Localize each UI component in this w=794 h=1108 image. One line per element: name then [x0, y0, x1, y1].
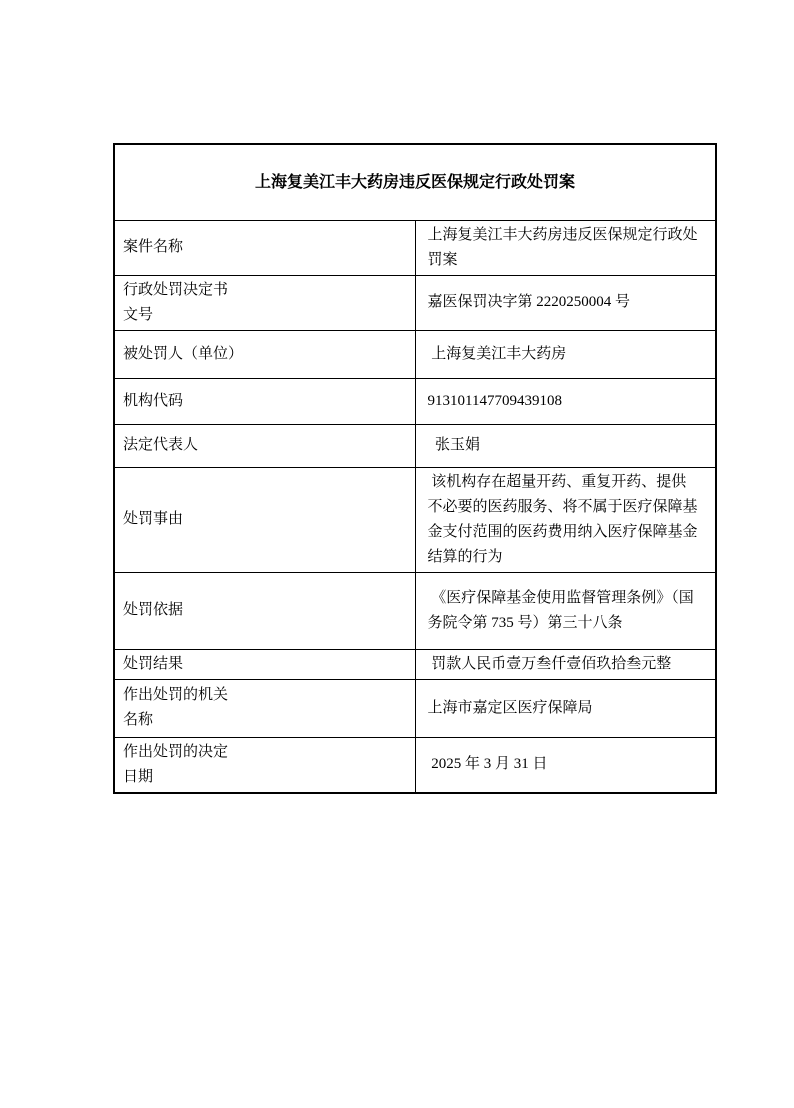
row-value: 该机构存在超量开药、重复开药、提供不必要的医药服务、将不属于医疗保障基金支付范围…	[415, 467, 716, 572]
table-row-org-code: 机构代码 913101147709439108	[114, 378, 716, 424]
table-row-decision-date: 作出处罚的决定 日期 2025 年 3 月 31 日	[114, 737, 716, 793]
penalty-case-table: 上海复美江丰大药房违反医保规定行政处罚案 案件名称 上海复美江丰大药房违反医保规…	[113, 143, 717, 794]
table-row-decision-number: 行政处罚决定书 文号 嘉医保罚决字第 2220250004 号	[114, 275, 716, 330]
row-value: 罚款人民币壹万叁仟壹佰玖拾叁元整	[415, 649, 716, 679]
table-row-penalty-reason: 处罚事由 该机构存在超量开药、重复开药、提供不必要的医药服务、将不属于医疗保障基…	[114, 467, 716, 572]
row-label: 案件名称	[114, 220, 415, 275]
row-value: 《医疗保障基金使用监督管理条例》（国务院令第 735 号）第三十八条	[415, 572, 716, 649]
row-label: 作出处罚的决定 日期	[114, 737, 415, 793]
title-row: 上海复美江丰大药房违反医保规定行政处罚案	[114, 144, 716, 220]
row-value: 上海复美江丰大药房违反医保规定行政处罚案	[415, 220, 716, 275]
row-value: 913101147709439108	[415, 378, 716, 424]
document-page: { "document": { "title": "上海复美江丰大药房违反医保规…	[0, 0, 794, 1108]
row-label: 被处罚人（单位）	[114, 330, 415, 378]
row-value: 上海市嘉定区医疗保障局	[415, 679, 716, 737]
row-value: 上海复美江丰大药房	[415, 330, 716, 378]
table-row-legal-representative: 法定代表人 张玉娟	[114, 424, 716, 467]
table-row-penalty-result: 处罚结果 罚款人民币壹万叁仟壹佰玖拾叁元整	[114, 649, 716, 679]
row-label: 机构代码	[114, 378, 415, 424]
table-row-punished-party: 被处罚人（单位） 上海复美江丰大药房	[114, 330, 716, 378]
row-label: 作出处罚的机关 名称	[114, 679, 415, 737]
row-value: 张玉娟	[415, 424, 716, 467]
row-label: 处罚依据	[114, 572, 415, 649]
row-label: 法定代表人	[114, 424, 415, 467]
document-title: 上海复美江丰大药房违反医保规定行政处罚案	[114, 144, 716, 220]
row-label: 处罚事由	[114, 467, 415, 572]
row-value: 2025 年 3 月 31 日	[415, 737, 716, 793]
row-label: 处罚结果	[114, 649, 415, 679]
row-value: 嘉医保罚决字第 2220250004 号	[415, 275, 716, 330]
row-label: 行政处罚决定书 文号	[114, 275, 415, 330]
table-row-penalty-basis: 处罚依据 《医疗保障基金使用监督管理条例》（国务院令第 735 号）第三十八条	[114, 572, 716, 649]
table-row-issuing-agency: 作出处罚的机关 名称 上海市嘉定区医疗保障局	[114, 679, 716, 737]
table-row-case-name: 案件名称 上海复美江丰大药房违反医保规定行政处罚案	[114, 220, 716, 275]
